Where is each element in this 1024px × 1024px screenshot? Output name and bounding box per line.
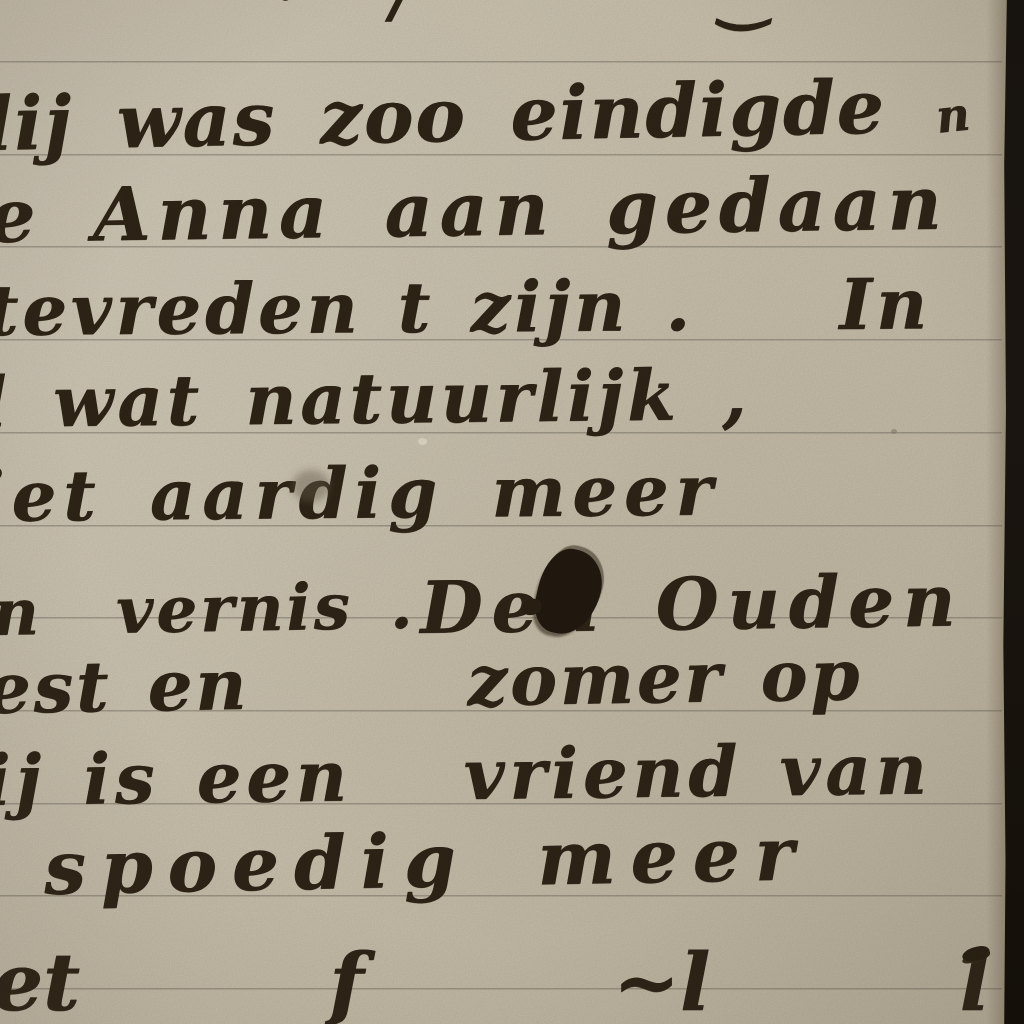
handwriting-line-6-left: n vernis . [0, 575, 416, 646]
handwriting-line-1: lij was zoo eindigde [0, 71, 886, 162]
paper-fleck-faint [891, 429, 897, 434]
paper-fleck-light [418, 438, 427, 445]
ink-smudge [292, 470, 330, 502]
handwriting-line-5: iet aardig meer [0, 456, 720, 532]
handwriting-line-3: tevreden t zijn . In [0, 269, 931, 346]
handwriting-fragments-bottom: et f ~l l [0, 942, 990, 1022]
handwriting-line-6-right: Den Ouden [419, 564, 964, 644]
handwriting-fragments-top: · / ‿ ʃ · [276, 0, 1024, 26]
ruled-line [0, 61, 1002, 63]
handwriting-line-7: est en zomer op [0, 640, 863, 724]
handwriting-line-2: e Anna aan gedaan [0, 167, 949, 254]
handwriting-line-9: spoedig meer [43, 817, 809, 906]
handwriting-line-8: ij is een vriend van [0, 734, 932, 816]
manuscript-page: · / ‿ ʃ · lij was zoo eindigde n e Anna … [0, 0, 1024, 1024]
handwriting-line-1-catchword: n [934, 91, 972, 140]
handwriting-line-4: l wat natuurlijk , [0, 360, 751, 438]
